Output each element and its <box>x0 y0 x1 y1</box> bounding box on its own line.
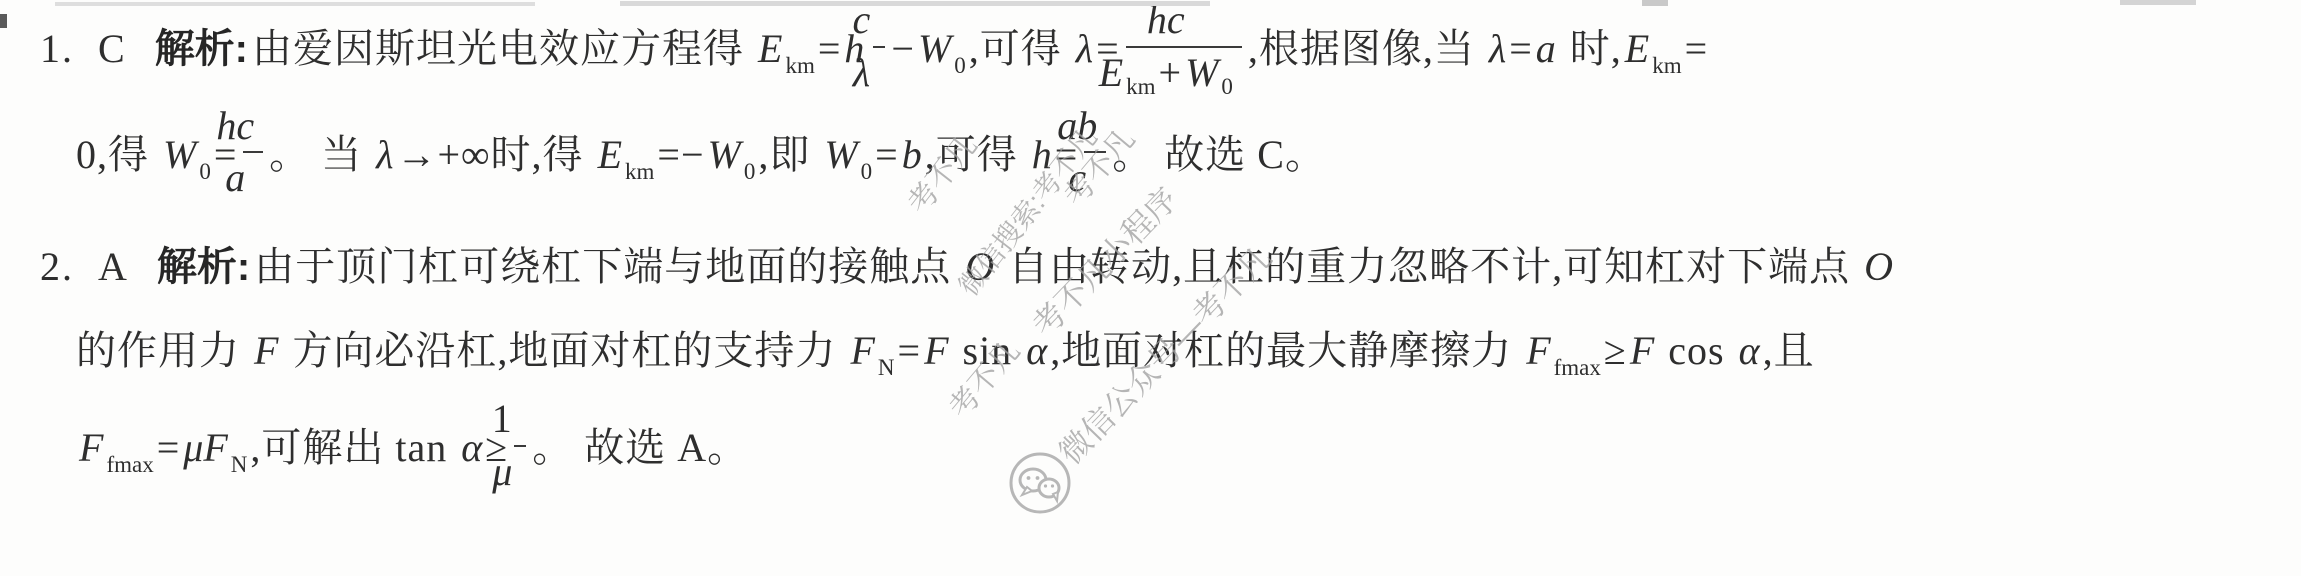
math-variable: ab <box>1054 103 1100 148</box>
text-run: 。 故选 C。 <box>1112 132 1326 177</box>
fraction-denominator: λ <box>873 48 885 96</box>
solutions-block: 1.C解析:由爱因斯坦光电效应方程得 Ekm=hcλ−W0,可得 λ=hcEkm… <box>0 0 2301 505</box>
math-subscript: km <box>1126 74 1155 99</box>
math-subscript: 0 <box>744 159 756 184</box>
fraction: hcEkm+W0 <box>1126 0 1242 100</box>
math-variable: W <box>1182 50 1221 95</box>
text-run: ,可解出 tan <box>250 425 458 470</box>
math-variable: μF <box>180 425 231 470</box>
fraction-denominator: Ekm+W0 <box>1126 48 1242 96</box>
fraction-denominator: c <box>1084 153 1106 201</box>
math-variable: c <box>850 0 874 42</box>
math-variable: F <box>847 328 877 373</box>
scan-artifact <box>2120 0 2196 5</box>
answer-letter: A <box>98 244 127 289</box>
math-variable: F <box>76 425 106 470</box>
text-run: = <box>898 328 922 373</box>
fraction: hca <box>243 100 263 206</box>
answer-letter: C <box>98 26 125 71</box>
text-run: 。 故选 A。 <box>532 425 748 470</box>
text-run: 由爱因斯坦光电效应方程得 <box>252 26 755 71</box>
text-run: 时, <box>1559 26 1622 71</box>
text-run: ,根据图像,当 <box>1248 26 1486 71</box>
math-subscript: N <box>878 355 895 380</box>
text-run: 的作用力 <box>76 328 251 373</box>
math-variable: a <box>1533 26 1559 71</box>
text-run: 。 当 <box>269 132 373 177</box>
fraction-denominator: μ <box>514 447 526 495</box>
text-run: 由于顶门杠可绕杠下端与地面的接触点 <box>254 244 962 289</box>
text-run: ,可得 <box>969 26 1073 71</box>
math-variable: h <box>1029 132 1055 177</box>
text-run: ,地面对杠的最大静摩擦力 <box>1050 328 1523 373</box>
text-run: 自由转动,且杠的重力忽略不计,可知杠对下端点 <box>997 244 1861 289</box>
text-run: + <box>1159 50 1183 95</box>
math-variable: λ <box>1486 26 1509 71</box>
math-variable: F <box>921 328 951 373</box>
text-run: 方向必沿杠,地面对杠的支持力 <box>281 328 847 373</box>
math-variable: E <box>755 26 785 71</box>
math-subscript: N <box>231 452 248 477</box>
scan-artifact <box>0 14 7 28</box>
math-variable: F <box>1523 328 1553 373</box>
math-variable: λ <box>373 132 396 177</box>
math-variable: c <box>1065 155 1089 200</box>
fraction: cλ <box>873 0 885 100</box>
math-variable: F <box>251 328 281 373</box>
fraction-numerator: hc <box>243 104 263 154</box>
text-run: − <box>891 26 915 71</box>
math-variable: O <box>962 244 997 289</box>
math-subscript: 0 <box>1221 74 1233 99</box>
text-run: ≥ <box>1604 328 1627 373</box>
math-variable: E <box>1096 50 1126 95</box>
scanned-answer-page: 考不凡 微信搜索:考不凡 考不凡 考不凡小程序 考不凡 微信公众号—考不凡 1.… <box>0 0 2301 576</box>
math-variable: E <box>595 132 625 177</box>
fraction: abc <box>1084 100 1106 206</box>
text-run: →+∞时,得 <box>396 132 594 177</box>
math-subscript: fmax <box>1554 355 1601 380</box>
fraction-numerator: 1 <box>514 397 526 447</box>
math-subscript: km <box>625 159 654 184</box>
math-subscript: km <box>785 53 814 78</box>
analysis-label: 解析: <box>157 245 250 289</box>
solution-text: 由爱因斯坦光电效应方程得 Ekm=hcλ−W0,可得 λ=hcEkm+W0,根据… <box>76 26 1708 177</box>
math-variable: a <box>222 155 248 200</box>
math-variable: W <box>821 132 860 177</box>
text-run: sin <box>952 328 1024 373</box>
math-variable: μ <box>489 449 515 494</box>
text-run: 0,得 <box>76 132 160 177</box>
math-variable: b <box>899 132 925 177</box>
math-variable: λ <box>1073 26 1096 71</box>
math-variable: W <box>705 132 744 177</box>
text-run: ,即 <box>758 132 821 177</box>
math-subscript: 0 <box>861 159 873 184</box>
fraction-denominator: a <box>243 153 263 201</box>
text-run: cos <box>1657 328 1735 373</box>
fraction-numerator: c <box>873 0 885 48</box>
fraction: 1μ <box>514 393 526 499</box>
scan-artifact <box>1642 0 1668 6</box>
text-run: ,可得 <box>925 132 1029 177</box>
solution-item-1: 1.C解析:由爱因斯坦光电效应方程得 Ekm=hcλ−W0,可得 λ=hcEkm… <box>0 0 2275 211</box>
text-run: = <box>875 132 899 177</box>
fraction-numerator: hc <box>1126 0 1242 48</box>
text-run: = <box>1509 26 1533 71</box>
scan-artifact <box>620 1 1210 6</box>
text-run: 1 <box>492 396 513 441</box>
math-variable: α <box>1736 328 1763 373</box>
solution-item-2: 2.A解析:由于顶门杠可绕杠下端与地面的接触点 O 自由转动,且杠的重力忽略不计… <box>0 225 2275 505</box>
math-subscript: fmax <box>106 452 153 477</box>
analysis-label: 解析: <box>155 27 248 71</box>
math-variable: F <box>1627 328 1657 373</box>
math-variable: W <box>915 26 954 71</box>
math-variable: hc <box>1144 0 1188 42</box>
text-run: ,且 <box>1763 328 1815 373</box>
text-run: = <box>818 26 842 71</box>
math-subscript: km <box>1652 53 1681 78</box>
math-variable: hc <box>213 103 257 148</box>
question-number: 1. <box>40 26 74 71</box>
text-run: =− <box>657 132 704 177</box>
math-subscript: 0 <box>199 159 211 184</box>
scan-artifact <box>55 2 535 6</box>
text-run: = <box>1685 26 1709 71</box>
solution-text: 由于顶门杠可绕杠下端与地面的接触点 O 自由转动,且杠的重力忽略不计,可知杠对下… <box>76 244 1896 470</box>
math-variable: λ <box>850 50 873 95</box>
math-variable: E <box>1622 26 1652 71</box>
text-run: = <box>157 425 181 470</box>
math-variable: α <box>458 425 485 470</box>
math-variable: α <box>1023 328 1050 373</box>
fraction-numerator: ab <box>1084 104 1106 154</box>
math-variable: O <box>1861 244 1896 289</box>
math-variable: W <box>160 132 199 177</box>
math-subscript: 0 <box>954 53 966 78</box>
question-number: 2. <box>40 244 74 289</box>
